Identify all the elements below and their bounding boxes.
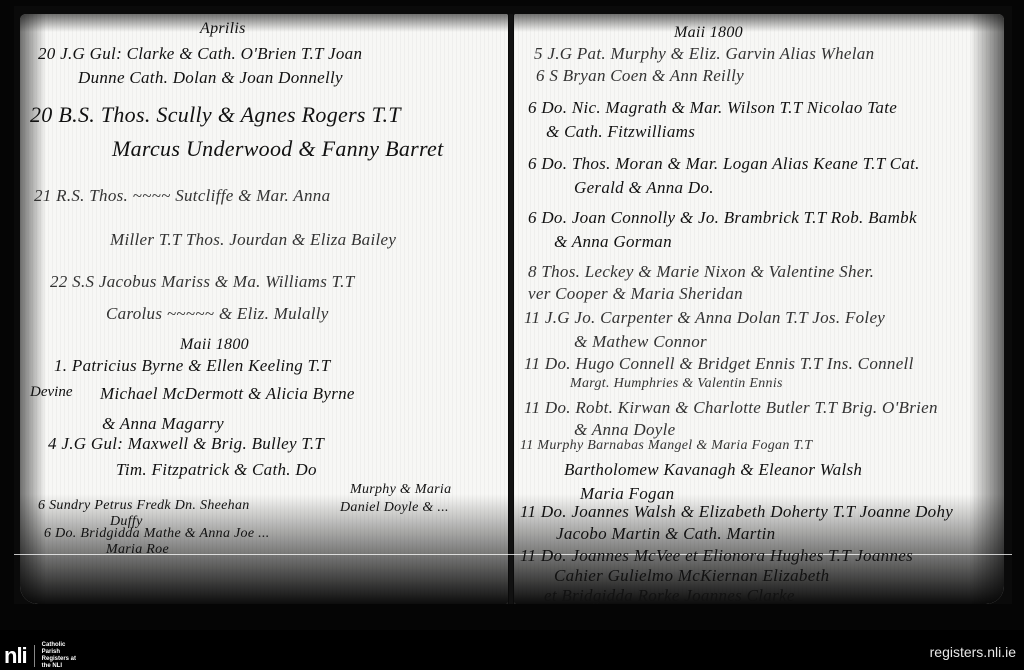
- nli-logo-text: Catholic Parish Registers at the NLI: [42, 642, 82, 670]
- entry-line: Miller T.T Thos. Jourdan & Eliza Bailey: [110, 230, 396, 250]
- entry-line: 6 Do. Bridgidda Mathe & Anna Joe ...: [44, 526, 270, 542]
- entry-line: Michael McDermott & Alicia Byrne: [100, 384, 355, 404]
- entry-line: et Bridgidda Rorke Joannes Clarke: [544, 586, 795, 604]
- entry-line: Margt. Humphries & Valentin Ennis: [570, 376, 783, 392]
- entry-line: Carolus ~~~~~ & Eliz. Mulally: [106, 304, 329, 324]
- entry-line: & Anna Doyle: [574, 420, 676, 440]
- entry-line: Bartholomew Kavanagh & Eleanor Walsh: [564, 460, 862, 480]
- month-heading: Maii 1800: [674, 24, 743, 42]
- entry-line: 20 B.S. Thos. Scully & Agnes Rogers T.T: [30, 102, 401, 128]
- logo-divider: [34, 645, 35, 667]
- entry-line: 20 J.G Gul: Clarke & Cath. O'Brien T.T J…: [38, 44, 362, 64]
- margin-note: Devine: [30, 384, 72, 401]
- site-url-link[interactable]: registers.nli.ie: [930, 644, 1016, 660]
- month-heading: Aprilis: [200, 20, 246, 38]
- entry-line: 6 Do. Thos. Moran & Mar. Logan Alias Kea…: [528, 154, 920, 174]
- entry-line: ver Cooper & Maria Sheridan: [528, 284, 743, 304]
- entry-line: 22 S.S Jacobus Mariss & Ma. Williams T.T: [50, 272, 354, 292]
- entry-line: Maria Roe: [106, 542, 169, 558]
- entry-line: Tim. Fitzpatrick & Cath. Do: [116, 460, 317, 480]
- entry-line: 5 J.G Pat. Murphy & Eliz. Garvin Alias W…: [534, 44, 874, 64]
- entry-line: Cahier Gulielmo McKiernan Elizabeth: [554, 566, 829, 586]
- left-page: Aprilis 20 J.G Gul: Clarke & Cath. O'Bri…: [20, 14, 508, 604]
- entry-line: & Anna Magarry: [102, 414, 224, 434]
- entry-line: 11 Do. Hugo Connell & Bridget Ennis T.T …: [524, 354, 914, 374]
- entry-line: Marcus Underwood & Fanny Barret: [112, 136, 444, 162]
- entry-line: Dunne Cath. Dolan & Joan Donnelly: [78, 68, 343, 88]
- entry-line: Jacobo Martin & Cath. Martin: [556, 524, 775, 544]
- entry-line: Daniel Doyle & ...: [340, 500, 449, 516]
- entry-line: 6 Sundry Petrus Fredk Dn. Sheehan: [38, 498, 250, 514]
- entry-line: 11 Do. Joannes McVee et Elionora Hughes …: [520, 546, 913, 566]
- entry-line: 6 Do. Joan Connolly & Jo. Brambrick T.T …: [528, 208, 917, 228]
- entry-line: 11 J.G Jo. Carpenter & Anna Dolan T.T Jo…: [524, 308, 885, 328]
- page-gutter: [509, 14, 513, 604]
- register-scan: Aprilis 20 J.G Gul: Clarke & Cath. O'Bri…: [14, 6, 1012, 604]
- entry-line: 21 R.S. Thos. ~~~~ Sutcliffe & Mar. Anna: [34, 186, 330, 206]
- entry-line: 4 J.G Gul: Maxwell & Brig. Bulley T.T: [48, 434, 324, 454]
- entry-line: & Anna Gorman: [554, 232, 672, 252]
- nli-logo[interactable]: nli Catholic Parish Registers at the NLI: [4, 642, 82, 670]
- entry-line: & Cath. Fitzwilliams: [546, 122, 695, 142]
- entry-line: Gerald & Anna Do.: [574, 178, 714, 198]
- entry-line: 11 Do. Joannes Walsh & Elizabeth Doherty…: [520, 502, 953, 522]
- entry-line: 6 Do. Nic. Magrath & Mar. Wilson T.T Nic…: [528, 98, 897, 118]
- entry-line: 11 Do. Robt. Kirwan & Charlotte Butler T…: [524, 398, 938, 418]
- entry-line: 6 S Bryan Coen & Ann Reilly: [536, 66, 744, 86]
- entry-line: 1. Patricius Byrne & Ellen Keeling T.T: [54, 356, 330, 376]
- entry-line: 11 Murphy Barnabas Mangel & Maria Fogan …: [520, 438, 812, 454]
- nli-logo-mark: nli: [4, 645, 27, 667]
- right-page: Maii 1800 5 J.G Pat. Murphy & Eliz. Garv…: [514, 14, 1004, 604]
- entry-line: Maria Fogan: [580, 484, 674, 504]
- entry-line: 8 Thos. Leckey & Marie Nixon & Valentine…: [528, 262, 874, 282]
- month-subheading: Maii 1800: [180, 336, 249, 354]
- entry-line: & Mathew Connor: [574, 332, 707, 352]
- footer-bar: nli Catholic Parish Registers at the NLI…: [0, 630, 1024, 670]
- register-image-viewer[interactable]: Aprilis 20 J.G Gul: Clarke & Cath. O'Bri…: [0, 0, 1024, 670]
- entry-line: Murphy & Maria: [350, 482, 451, 498]
